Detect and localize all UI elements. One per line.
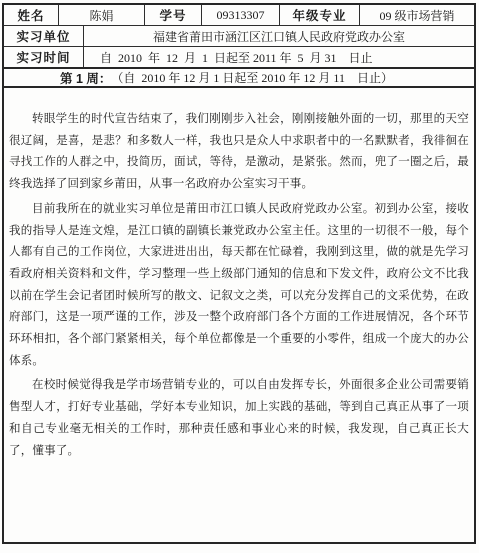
unit-label-cell: 实习单位: [4, 26, 84, 46]
header-row-identity: 姓名 陈娟 学号 09313307 年级专业 09 级市场营销: [4, 5, 474, 26]
time-label-cell: 实习时间: [4, 47, 84, 67]
header-row-unit: 实习单位 福建省莆田市涵江区江口镇人民政府党政办公室: [4, 26, 474, 47]
report-paragraph-2: 目前我所在的就业实习单位是莆田市江口镇人民政府党政办公室。初到办公室，接收我的指…: [9, 199, 469, 373]
unit-value-cell: 福建省莆田市涵江区江口镇人民政府党政办公室: [84, 26, 474, 46]
week-date-range: （自 2010 年 12 月 1 日起至 2010 年 12 月 11 日止）: [111, 69, 393, 86]
header-row-time: 实习时间 自 2010 年 12 月 1 日起至 2011 年 5 月 31 日…: [4, 47, 474, 69]
scanned-internship-report-page: 姓名 陈娟 学号 09313307 年级专业 09 级市场营销 实习单位 福建省…: [0, 0, 479, 553]
name-label-cell: 姓名: [4, 5, 59, 25]
report-paragraph-3: 在校时候觉得我是学市场营销专业的，可以自由发挥专长，外面很多企业公司需要销售型人…: [9, 375, 469, 462]
major-value-cell: 09 级市场营销: [360, 5, 474, 25]
major-label-cell: 年级专业: [280, 5, 360, 25]
report-body-cell: 转眼学生的时代宣告结束了，我们刚刚步入社会，刚刚接触外面的一切，那里的天空很辽阔…: [4, 88, 474, 542]
report-paragraph-1: 转眼学生的时代宣告结束了，我们刚刚步入社会，刚刚接触外面的一切，那里的天空很辽阔…: [9, 109, 469, 196]
week-number-label: 第 1 周：: [60, 69, 111, 87]
time-value-cell: 自 2010 年 12 月 1 日起至 2011 年 5 月 31 日止: [84, 47, 474, 67]
student-id-value-cell: 09313307: [202, 5, 280, 25]
name-value-cell: 陈娟: [59, 5, 145, 25]
student-id-label-cell: 学号: [145, 5, 202, 25]
week-title-row: 第 1 周： （自 2010 年 12 月 1 日起至 2010 年 12 月 …: [4, 69, 474, 88]
report-form-table: 姓名 陈娟 学号 09313307 年级专业 09 级市场营销 实习单位 福建省…: [2, 3, 476, 544]
